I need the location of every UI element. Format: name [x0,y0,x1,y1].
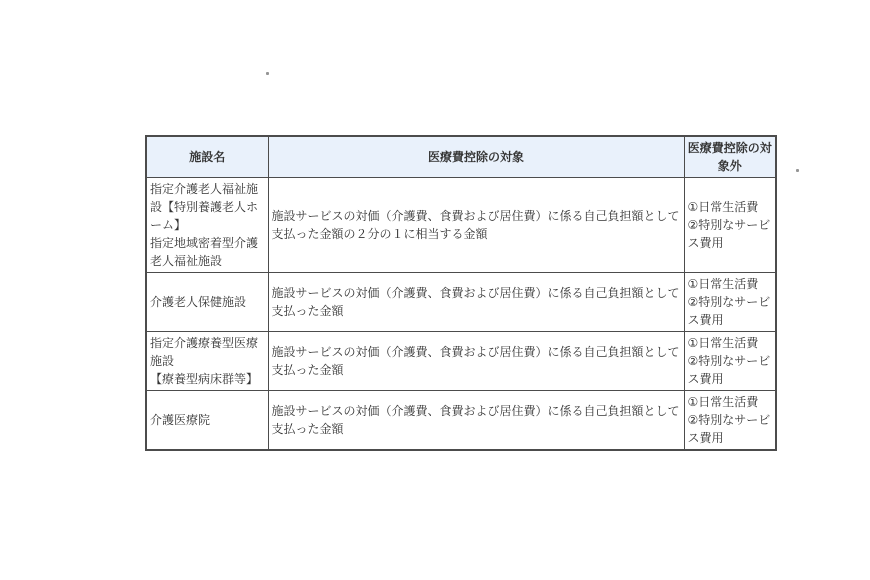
deduction-target-cell: 施設サービスの対価（介護費、食費および居住費）に係る自己負担額として支払った金額 [268,332,684,391]
deduction-excluded-cell: ①日常生活費 ②特別なサービス費用 [684,391,776,451]
deduction-excluded-cell: ①日常生活費 ②特別なサービス費用 [684,332,776,391]
table-header-row: 施設名 医療費控除の対象 医療費控除の対象外 [146,136,776,178]
header-deduction-excluded: 医療費控除の対象外 [684,136,776,178]
facility-name-cell: 指定介護老人福祉施設【特別養護老人ホーム】 指定地域密着型介護老人福祉施設 [146,178,268,273]
deduction-target-cell: 施設サービスの対価（介護費、食費および居住費）に係る自己負担額として支払った金額 [268,391,684,451]
table-row: 介護老人保健施設 施設サービスの対価（介護費、食費および居住費）に係る自己負担額… [146,273,776,332]
header-facility-name: 施設名 [146,136,268,178]
facility-name-cell: 介護老人保健施設 [146,273,268,332]
deduction-target-cell: 施設サービスの対価（介護費、食費および居住費）に係る自己負担額として支払った金額… [268,178,684,273]
deduction-excluded-cell: ①日常生活費 ②特別なサービス費用 [684,273,776,332]
facility-name-cell: 指定介護療養型医療施設 【療養型病床群等】 [146,332,268,391]
header-deduction-target: 医療費控除の対象 [268,136,684,178]
medical-deduction-table: 施設名 医療費控除の対象 医療費控除の対象外 指定介護老人福祉施設【特別養護老人… [145,135,777,451]
document-page: 施設名 医療費控除の対象 医療費控除の対象外 指定介護老人福祉施設【特別養護老人… [0,0,870,580]
page-artifact-dot [266,72,269,75]
table-row: 指定介護療養型医療施設 【療養型病床群等】 施設サービスの対価（介護費、食費およ… [146,332,776,391]
page-artifact-dot [796,169,799,172]
deduction-target-cell: 施設サービスの対価（介護費、食費および居住費）に係る自己負担額として支払った金額 [268,273,684,332]
table-row: 介護医療院 施設サービスの対価（介護費、食費および居住費）に係る自己負担額として… [146,391,776,451]
table-row: 指定介護老人福祉施設【特別養護老人ホーム】 指定地域密着型介護老人福祉施設 施設… [146,178,776,273]
facility-name-cell: 介護医療院 [146,391,268,451]
deduction-excluded-cell: ①日常生活費 ②特別なサービス費用 [684,178,776,273]
